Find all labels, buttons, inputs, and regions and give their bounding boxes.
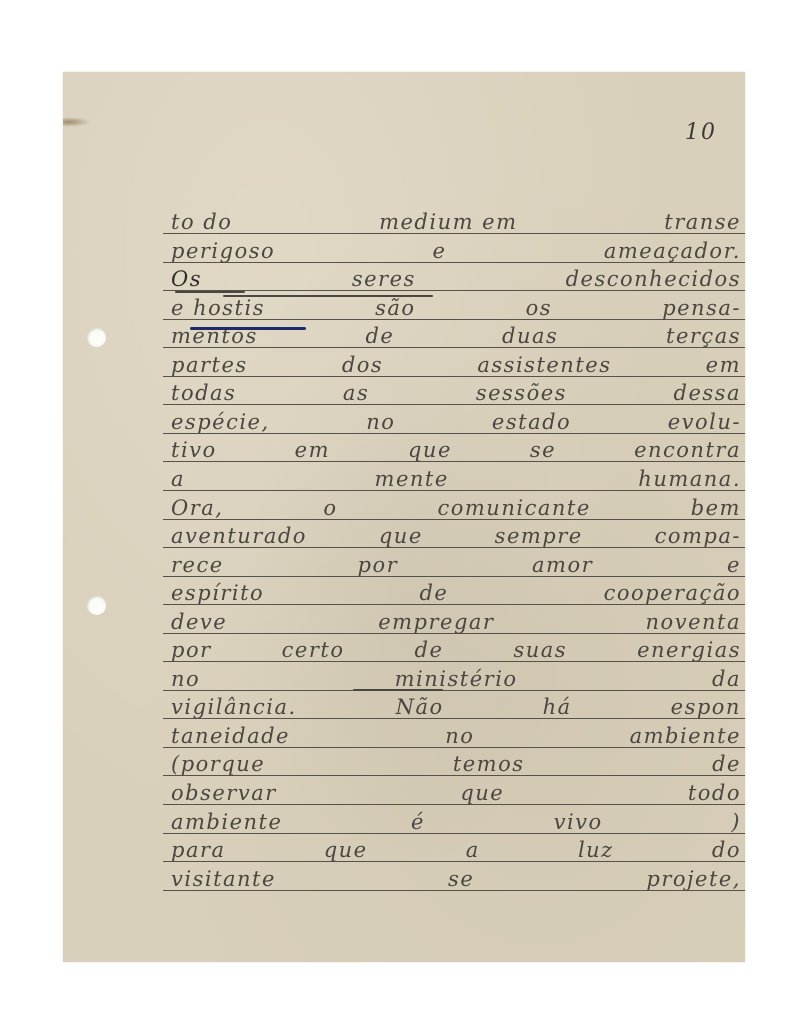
handwritten-word: e hostis [171,296,265,320]
handwritten-word: de [419,581,448,605]
handwritten-word: observar [171,781,277,805]
handwritten-word: (porque [171,752,265,776]
handwritten-word: dessa [674,381,741,405]
handwritten-word: partes [171,353,248,377]
handwritten-word: todas [171,381,236,405]
handwritten-word: transe [664,210,741,234]
handwritten-word: rece [171,553,224,577]
underline-blue-e-hostis [190,327,306,330]
handwritten-line: aventuradoquesemprecompa- [171,522,741,548]
handwritten-word: ambiente [630,724,741,748]
handwritten-line: Ora,ocomunicantebem [171,494,741,520]
handwritten-word: para [171,838,226,862]
handwritten-line: espíritodecooperação [171,579,741,605]
handwritten-word: comunicante [437,496,590,520]
handwritten-word: se [530,438,556,462]
handwritten-word: se [448,867,474,891]
handwritten-word: evolu- [668,410,741,434]
handwritten-word: noventa [646,610,741,634]
handwritten-word: vigilância. [171,695,297,719]
handwritten-word: projete, [646,867,741,891]
handwritten-word: encontra [634,438,741,462]
handwritten-word: ministério [395,667,518,691]
handwritten-line: paraquealuzdo [171,836,741,862]
handwritten-word: estado [492,410,571,434]
handwritten-word: visitante [171,867,276,891]
handwritten-word: dos [342,353,383,377]
handwritten-word: de [365,324,394,348]
handwritten-line: deveempregarnoventa [171,608,741,634]
handwritten-line: amentehumana. [171,465,741,491]
handwritten-word: de [415,638,444,662]
handwritten-word: aventurado [171,524,307,548]
handwritten-line: to domedium emtranse [171,208,741,234]
handwritten-word: suas [513,638,567,662]
handwritten-word: os [526,296,552,320]
handwritten-word: tivo [171,438,217,462]
handwritten-word: Ora, [171,496,223,520]
handwritten-word: Os [171,267,202,291]
handwritten-word: bem [691,496,741,520]
handwritten-word: e [727,553,741,577]
handwritten-word: que [408,438,452,462]
handwritten-word: mente [375,467,449,491]
handwritten-word: no [445,724,474,748]
handwritten-line: espécie,noestadoevolu- [171,408,741,434]
handwritten-word: no [171,667,200,691]
manuscript-page: 10 to domedium emtranseperigosoeameaçado… [63,72,745,962]
handwritten-word: sempre [495,524,583,548]
handwritten-word: taneidade [171,724,290,748]
handwritten-word: a [171,467,185,491]
underline-desconhecidos [223,295,433,297]
handwritten-word: a [466,838,480,862]
handwritten-word: ameaçador. [604,239,741,263]
underline-nao [353,689,443,691]
handwritten-word: por [358,553,399,577]
handwritten-word: assistentes [477,353,611,377]
handwritten-word: e [433,239,447,263]
handwritten-word: em [295,438,330,462]
handwritten-line: porcertodesuasenergias [171,636,741,662]
handwritten-word: da [712,667,741,691]
handwritten-word: perigoso [171,239,275,263]
handwritten-word: sessões [476,381,567,405]
underline-seres [175,291,245,293]
handwritten-word: temos [453,752,525,776]
handwritten-line: taneidadenoambiente [171,722,741,748]
handwritten-word: deve [171,610,227,634]
handwritten-line: ambienteévivo) [171,808,741,834]
handwritten-word: to do [171,210,232,234]
handwritten-word: é [411,810,425,834]
handwritten-word: em [706,353,741,377]
handwritten-line: receporamore [171,551,741,577]
punch-hole-bottom [87,596,106,615]
handwritten-line: vigilância.Nãoháespon [171,693,741,719]
ink-stain [63,117,91,127]
handwritten-word: de [712,752,741,776]
handwritten-word: vivo [554,810,603,834]
handwritten-word: todo [688,781,741,805]
handwritten-line: todasassessõesdessa [171,379,741,405]
handwritten-line: noministérioda [171,665,741,691]
handwritten-word: pensa- [662,296,741,320]
handwritten-word: por [171,638,212,662]
handwritten-word: medium em [379,210,517,234]
handwritten-word: que [324,838,368,862]
handwritten-word: empregar [378,610,494,634]
handwritten-word: o [323,496,337,520]
handwritten-word: ) [731,810,741,834]
handwritten-word: duas [502,324,558,348]
handwritten-word: desconhecidos [566,267,741,291]
handwritten-word: no [366,410,395,434]
handwritten-word: há [543,695,572,719]
handwritten-word: que [460,781,504,805]
handwritten-word: são [375,296,415,320]
handwritten-word: espírito [171,581,264,605]
punch-hole-top [87,328,106,347]
handwritten-word: humana. [638,467,741,491]
handwritten-word: do [712,838,741,862]
handwritten-line: e hostissãoospensa- [171,294,741,320]
handwritten-word: terças [666,324,741,348]
handwritten-line: visitanteseprojete, [171,865,741,891]
handwritten-word: ambiente [171,810,282,834]
handwritten-line: Osseresdesconhecidos [171,265,741,291]
handwritten-word: energias [637,638,741,662]
handwritten-line: observarquetodo [171,779,741,805]
handwritten-word: Não [396,695,444,719]
handwritten-word: compa- [655,524,741,548]
handwritten-word: luz [578,838,614,862]
handwritten-word: seres [352,267,416,291]
handwritten-word: as [343,381,369,405]
page-number: 10 [685,120,717,145]
handwritten-line: partesdosassistentesem [171,351,741,377]
handwritten-line: tivoemqueseencontra [171,436,741,462]
handwritten-word: amor [532,553,593,577]
handwritten-word: certo [282,638,345,662]
handwritten-word: espon [671,695,741,719]
handwritten-word: cooperação [604,581,741,605]
handwritten-word: que [379,524,423,548]
handwritten-line: (porquetemosde [171,750,741,776]
handwritten-line: perigosoeameaçador. [171,237,741,263]
handwritten-word: espécie, [171,410,270,434]
